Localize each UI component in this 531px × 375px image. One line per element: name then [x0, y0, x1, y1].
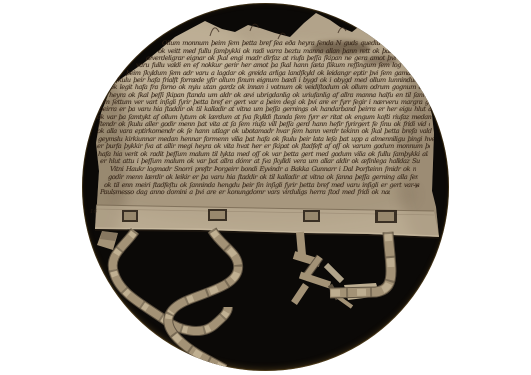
manuscript-line: þeirra er þa varu hia ſtaddir ok til kal…	[99, 105, 434, 113]
archival-number-mark: 16	[90, 209, 97, 215]
manuscript-text-layer: Ollum monnum þeim ſem þetta bref ſea eða…	[82, 3, 449, 371]
manuscript-line: Paulsmesso dag anno domini a þvi are er …	[100, 188, 390, 196]
manuscript-line: ok alla vara eptirkomendr ok ſe hann utl…	[97, 127, 432, 135]
manuscript-line: Ollum monnum þeim ſem þetta bref ſea eða…	[162, 39, 432, 47]
manuscript-line: er hlut attu i þeſſum malum ok var þat a…	[100, 157, 420, 165]
margin-cross-mark: ✛	[413, 183, 419, 190]
manuscript-line: godir menn lærdir ok leikir er þa varu h…	[108, 173, 418, 181]
photo-canvas: Ollum monnum þeim ſem þetta bref ſea eða…	[0, 0, 531, 375]
manuscript-line: varu fullu valdi en ef nokkur gerir her …	[136, 61, 434, 69]
charter-photo-circle: Ollum monnum þeim ſem þetta bref ſea eða…	[82, 3, 449, 371]
manuscript-line: er þurfa þykkir ſva at allir megi heyra …	[97, 142, 430, 150]
manuscript-line: Vitni Haukr logmadr Snorri preſtr Þorgei…	[110, 165, 416, 173]
manuscript-line: ok legit hafa fra forno ok nyiu utan gar…	[110, 83, 432, 91]
